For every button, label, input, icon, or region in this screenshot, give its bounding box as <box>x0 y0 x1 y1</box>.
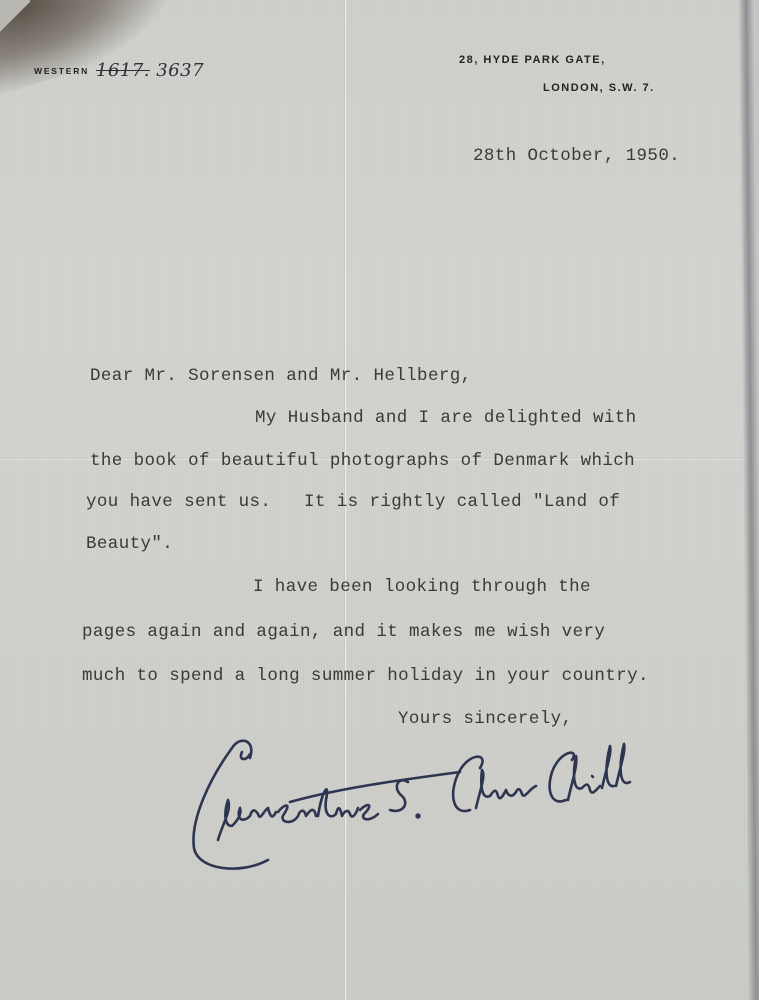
address-line-1: 28, HYDE PARK GATE, <box>459 54 606 66</box>
struck-exchange-number: 1617. <box>96 60 150 81</box>
telephone-exchange-label: WESTERN <box>34 66 89 76</box>
body-line: you have sent us. It is rightly called "… <box>86 492 620 512</box>
handwritten-signature: Clementine S. Churchill <box>180 730 720 880</box>
paper-curl-edge <box>0 0 30 40</box>
salutation: Dear Mr. Sorensen and Mr. Hellberg, <box>90 366 472 386</box>
body-line: the book of beautiful photographs of Den… <box>90 451 635 471</box>
body-line: My Husband and I are delighted with <box>255 408 637 428</box>
closing: Yours sincerely, <box>398 709 572 729</box>
body-line: pages again and again, and it makes me w… <box>82 622 605 642</box>
telephone-number: 1617. 3637 <box>96 60 204 81</box>
letter-date: 28th October, 1950. <box>473 146 680 166</box>
body-line: I have been looking through the <box>253 577 591 597</box>
signature-ink-strokes <box>180 730 720 880</box>
letter-paper: WESTERN 1617. 3637 28, HYDE PARK GATE, L… <box>0 0 748 1000</box>
body-line: much to spend a long summer holiday in y… <box>82 666 649 686</box>
address-line-2: LONDON, S.W. 7. <box>543 82 655 94</box>
body-line: Beauty". <box>86 534 173 554</box>
handwritten-number: 3637 <box>156 60 204 81</box>
